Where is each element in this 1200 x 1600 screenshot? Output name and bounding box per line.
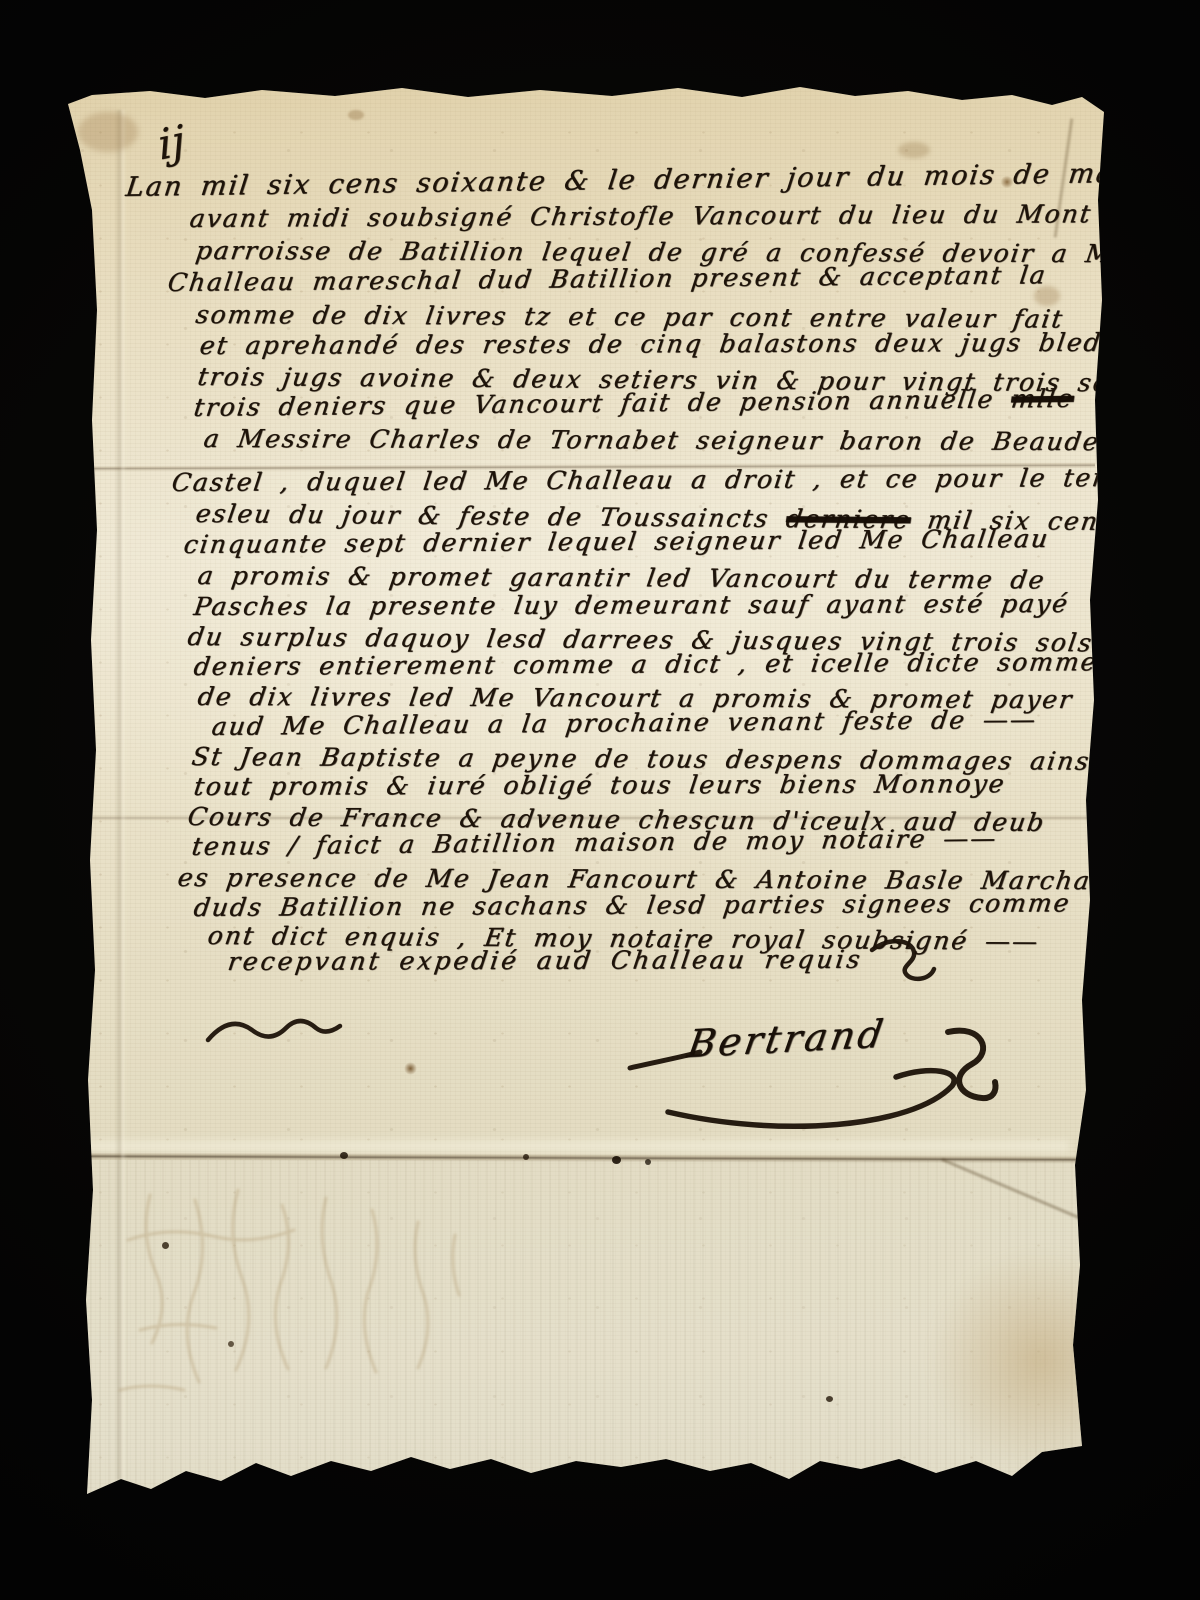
photo-background: ij Lan mil six cens soixante & le dernie…: [0, 0, 1200, 1600]
manuscript-page: ij Lan mil six cens soixante & le dernie…: [0, 0, 1200, 1600]
paper-edge-shading: [0, 0, 1200, 1600]
